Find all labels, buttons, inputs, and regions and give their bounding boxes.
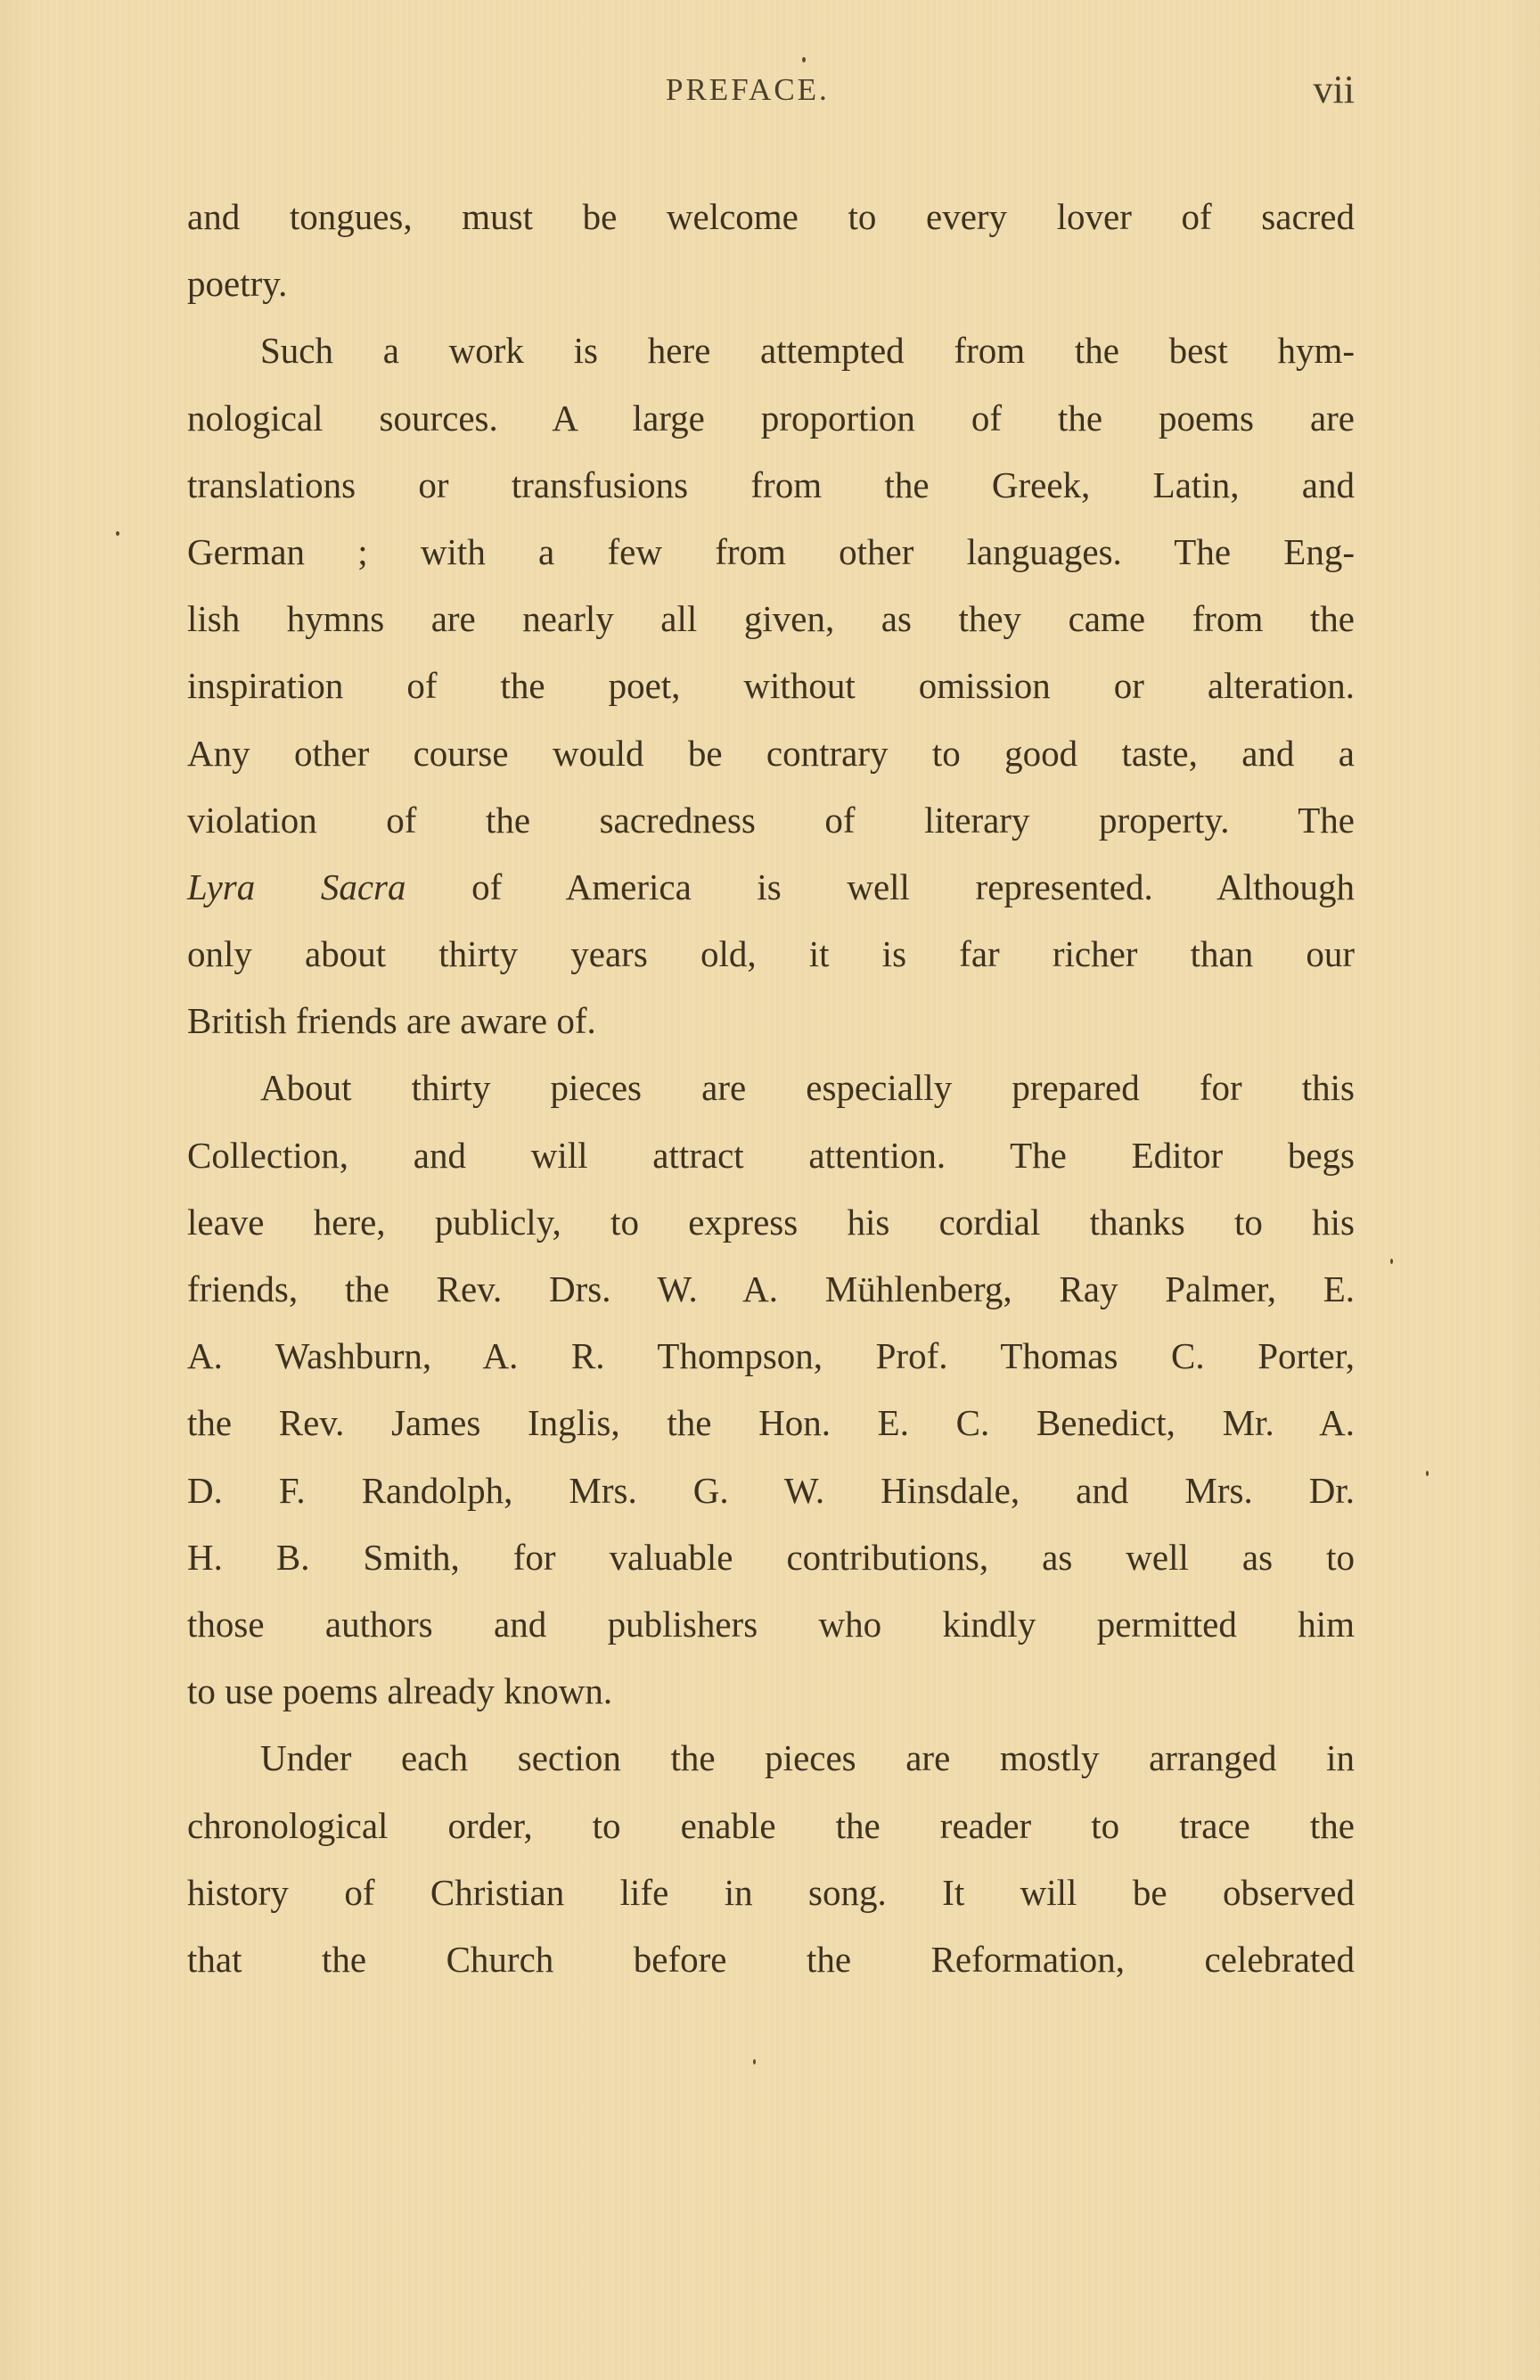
running-head: PREFACE. vii — [187, 68, 1355, 112]
text-line: the Rev. James Inglis, the Hon. E. C. Be… — [187, 1390, 1355, 1457]
print-speck — [1426, 1471, 1429, 1476]
text-line: Lyra Sacra of America is well represente… — [187, 854, 1355, 921]
text-line: leave here, publicly, to express his cor… — [187, 1189, 1355, 1256]
book-title-italic: Lyra Sacra — [187, 866, 406, 907]
text-line: those authors and publishers who kindly … — [187, 1591, 1355, 1658]
page-number: vii — [1314, 68, 1355, 112]
text-line: A. Washburn, A. R. Thompson, Prof. Thoma… — [187, 1323, 1355, 1390]
text-line: and tongues, must be welcome to every lo… — [187, 184, 1355, 250]
text-line: poetry. — [187, 250, 1355, 317]
text-line: chronological order, to enable the reade… — [187, 1793, 1355, 1859]
text-line: friends, the Rev. Drs. W. A. Mühlenberg,… — [187, 1256, 1355, 1323]
print-speck — [1390, 1259, 1393, 1264]
paragraph-start-line: Such a work is here attempted from the b… — [187, 317, 1355, 384]
text-line: to use poems already known. — [187, 1658, 1355, 1725]
text-line: history of Christian life in song. It wi… — [187, 1859, 1355, 1926]
text-line: translations or transfusions from the Gr… — [187, 452, 1355, 519]
text-line: nological sources. A large proportion of… — [187, 385, 1355, 452]
text-line: lish hymns are nearly all given, as they… — [187, 586, 1355, 652]
text-line: Any other course would be contrary to go… — [187, 720, 1355, 787]
print-speck — [802, 57, 806, 62]
running-title: PREFACE. — [666, 68, 830, 112]
text-line: German ; with a few from other languages… — [187, 519, 1355, 586]
text-line: H. B. Smith, for valuable contributions,… — [187, 1524, 1355, 1591]
text-line-rest: of America is well represented. Although — [406, 866, 1355, 907]
text-line: Collection, and will attract attention. … — [187, 1122, 1355, 1189]
paragraph-start-line: About thirty pieces are especially prepa… — [187, 1055, 1355, 1121]
print-speck — [753, 2059, 756, 2064]
text-line: D. F. Randolph, Mrs. G. W. Hinsdale, and… — [187, 1457, 1355, 1524]
paragraph-start-line: Under each section the pieces are mostly… — [187, 1725, 1355, 1792]
text-line: inspiration of the poet, without omissio… — [187, 652, 1355, 719]
text-line: only about thirty years old, it is far r… — [187, 921, 1355, 988]
print-speck — [116, 531, 119, 536]
text-line: violation of the sacredness of literary … — [187, 787, 1355, 854]
preface-body: and tongues, must be welcome to every lo… — [187, 184, 1355, 1993]
text-line: British friends are aware of. — [187, 988, 1355, 1055]
book-page: PREFACE. vii and tongues, must be welcom… — [0, 0, 1540, 2380]
text-line: that the Church before the Reformation, … — [187, 1926, 1355, 1993]
